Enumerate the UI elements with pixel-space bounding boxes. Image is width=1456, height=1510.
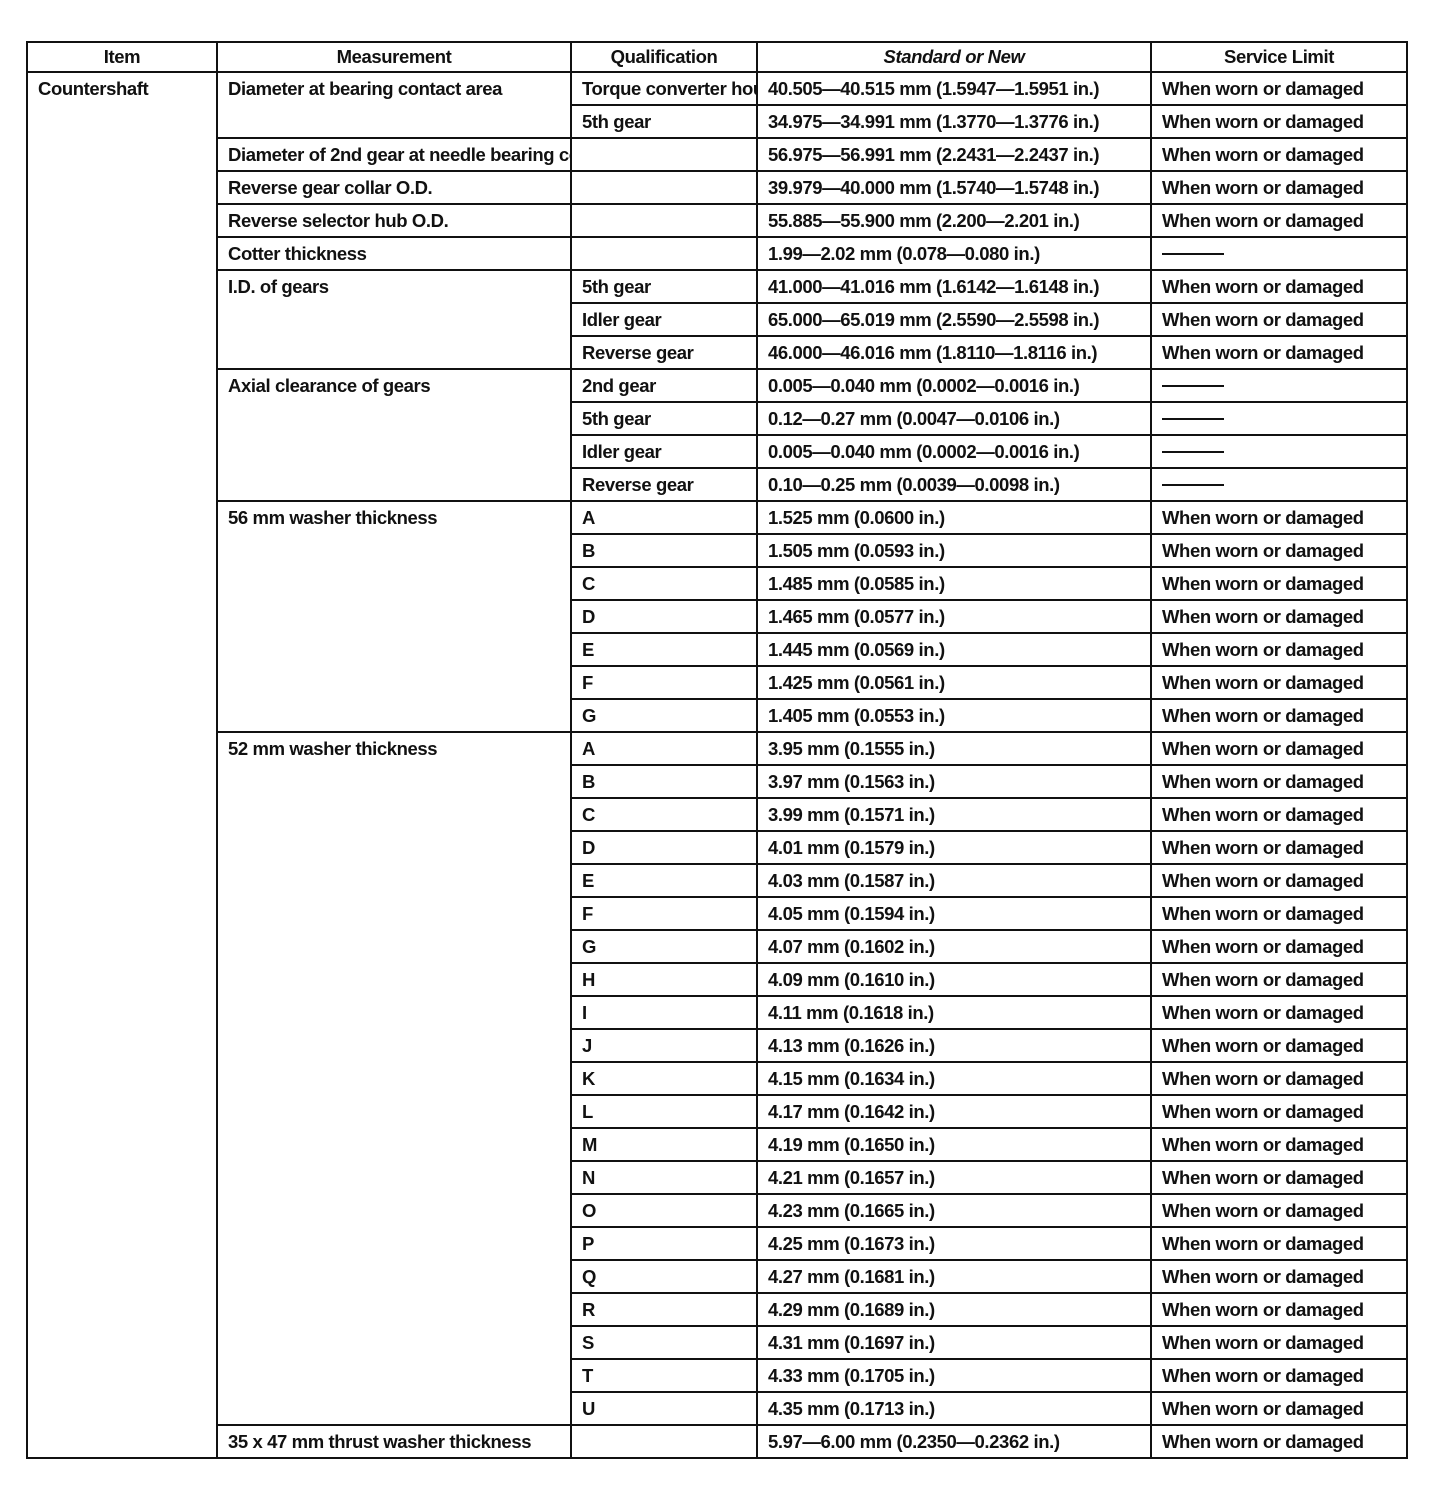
standard-cell: 1.485 mm (0.0585 in.) xyxy=(757,567,1151,600)
qualification-cell xyxy=(571,1425,757,1458)
table-body: CountershaftDiameter at bearing contact … xyxy=(27,72,1407,1458)
standard-cell: 0.10—0.25 mm (0.0039—0.0098 in.) xyxy=(757,468,1151,501)
no-limit-dash xyxy=(1162,451,1224,453)
standard-cell: 4.31 mm (0.1697 in.) xyxy=(757,1326,1151,1359)
spec-page: Item Measurement Qualification Standard … xyxy=(26,41,1406,1459)
qualification-cell: P xyxy=(571,1227,757,1260)
service-limit-cell: When worn or damaged xyxy=(1151,930,1407,963)
standard-cell: 4.17 mm (0.1642 in.) xyxy=(757,1095,1151,1128)
standard-cell: 0.005—0.040 mm (0.0002—0.0016 in.) xyxy=(757,435,1151,468)
service-limit-cell: When worn or damaged xyxy=(1151,831,1407,864)
header-measurement: Measurement xyxy=(217,42,571,72)
table-row: CountershaftDiameter at bearing contact … xyxy=(27,72,1407,105)
standard-cell: 4.03 mm (0.1587 in.) xyxy=(757,864,1151,897)
service-limit-cell: When worn or damaged xyxy=(1151,1326,1407,1359)
qualification-cell: T xyxy=(571,1359,757,1392)
service-limit-cell: When worn or damaged xyxy=(1151,303,1407,336)
measurement-cell: 35 x 47 mm thrust washer thickness xyxy=(217,1425,571,1458)
standard-cell: 4.05 mm (0.1594 in.) xyxy=(757,897,1151,930)
standard-cell: 4.33 mm (0.1705 in.) xyxy=(757,1359,1151,1392)
standard-cell: 4.27 mm (0.1681 in.) xyxy=(757,1260,1151,1293)
standard-cell: 4.35 mm (0.1713 in.) xyxy=(757,1392,1151,1425)
qualification-cell: K xyxy=(571,1062,757,1095)
service-limit-cell: When worn or damaged xyxy=(1151,996,1407,1029)
standard-cell: 1.525 mm (0.0600 in.) xyxy=(757,501,1151,534)
measurement-cell: 52 mm washer thickness xyxy=(217,732,571,1425)
qualification-cell: S xyxy=(571,1326,757,1359)
service-limit-cell: When worn or damaged xyxy=(1151,798,1407,831)
service-limit-cell: When worn or damaged xyxy=(1151,897,1407,930)
service-limit-cell: When worn or damaged xyxy=(1151,666,1407,699)
table-row: Reverse selector hub O.D.55.885—55.900 m… xyxy=(27,204,1407,237)
service-limit-cell: When worn or damaged xyxy=(1151,336,1407,369)
service-limit-cell: When worn or damaged xyxy=(1151,633,1407,666)
qualification-cell: Idler gear xyxy=(571,435,757,468)
measurement-cell: Diameter of 2nd gear at needle bearing c… xyxy=(217,138,571,171)
qualification-cell: I xyxy=(571,996,757,1029)
service-limit-cell: When worn or damaged xyxy=(1151,1293,1407,1326)
qualification-cell: H xyxy=(571,963,757,996)
standard-cell: 1.505 mm (0.0593 in.) xyxy=(757,534,1151,567)
qualification-cell xyxy=(571,204,757,237)
measurement-cell: Diameter at bearing contact area xyxy=(217,72,571,138)
qualification-cell: B xyxy=(571,765,757,798)
standard-cell: 39.979—40.000 mm (1.5740—1.5748 in.) xyxy=(757,171,1151,204)
qualification-cell: G xyxy=(571,699,757,732)
qualification-cell: C xyxy=(571,567,757,600)
service-limit-cell: When worn or damaged xyxy=(1151,1227,1407,1260)
service-limit-cell: When worn or damaged xyxy=(1151,138,1407,171)
measurement-cell: 56 mm washer thickness xyxy=(217,501,571,732)
standard-cell: 4.29 mm (0.1689 in.) xyxy=(757,1293,1151,1326)
standard-cell: 4.25 mm (0.1673 in.) xyxy=(757,1227,1151,1260)
qualification-cell: 5th gear xyxy=(571,105,757,138)
standard-cell: 65.000—65.019 mm (2.5590—2.5598 in.) xyxy=(757,303,1151,336)
standard-cell: 4.15 mm (0.1634 in.) xyxy=(757,1062,1151,1095)
header-qualification: Qualification xyxy=(571,42,757,72)
header-item: Item xyxy=(27,42,217,72)
item-cell: Countershaft xyxy=(27,72,217,1458)
qualification-cell: Idler gear xyxy=(571,303,757,336)
service-limit-cell: When worn or damaged xyxy=(1151,963,1407,996)
header-standard: Standard or New xyxy=(757,42,1151,72)
service-limit-cell: When worn or damaged xyxy=(1151,204,1407,237)
service-limit-cell: When worn or damaged xyxy=(1151,1425,1407,1458)
table-row: 52 mm washer thicknessA3.95 mm (0.1555 i… xyxy=(27,732,1407,765)
measurement-cell: Reverse selector hub O.D. xyxy=(217,204,571,237)
service-limit-cell: When worn or damaged xyxy=(1151,501,1407,534)
measurement-cell: Cotter thickness xyxy=(217,237,571,270)
service-limit-cell: When worn or damaged xyxy=(1151,1392,1407,1425)
qualification-cell: Reverse gear xyxy=(571,336,757,369)
header-row: Item Measurement Qualification Standard … xyxy=(27,42,1407,72)
qualification-cell: L xyxy=(571,1095,757,1128)
qualification-cell: E xyxy=(571,864,757,897)
qualification-cell: A xyxy=(571,732,757,765)
table-row: Axial clearance of gears2nd gear0.005—0.… xyxy=(27,369,1407,402)
service-limit-cell: When worn or damaged xyxy=(1151,1029,1407,1062)
qualification-cell: O xyxy=(571,1194,757,1227)
qualification-cell: Reverse gear xyxy=(571,468,757,501)
qualification-cell: D xyxy=(571,831,757,864)
service-limit-cell: When worn or damaged xyxy=(1151,534,1407,567)
table-row: Cotter thickness1.99—2.02 mm (0.078—0.08… xyxy=(27,237,1407,270)
header-service-limit: Service Limit xyxy=(1151,42,1407,72)
standard-cell: 0.12—0.27 mm (0.0047—0.0106 in.) xyxy=(757,402,1151,435)
standard-cell: 4.07 mm (0.1602 in.) xyxy=(757,930,1151,963)
qualification-cell: J xyxy=(571,1029,757,1062)
standard-cell: 4.23 mm (0.1665 in.) xyxy=(757,1194,1151,1227)
no-limit-dash xyxy=(1162,385,1224,387)
qualification-cell: 5th gear xyxy=(571,270,757,303)
service-limit-cell: When worn or damaged xyxy=(1151,1095,1407,1128)
table-row: 35 x 47 mm thrust washer thickness5.97—6… xyxy=(27,1425,1407,1458)
no-limit-dash xyxy=(1162,253,1224,255)
standard-cell: 0.005—0.040 mm (0.0002—0.0016 in.) xyxy=(757,369,1151,402)
qualification-cell: M xyxy=(571,1128,757,1161)
no-limit-dash xyxy=(1162,484,1224,486)
qualification-cell: E xyxy=(571,633,757,666)
qualification-cell: Q xyxy=(571,1260,757,1293)
service-limit-cell: When worn or damaged xyxy=(1151,1359,1407,1392)
standard-cell: 1.405 mm (0.0553 in.) xyxy=(757,699,1151,732)
qualification-cell: F xyxy=(571,897,757,930)
service-limit-cell: When worn or damaged xyxy=(1151,699,1407,732)
standard-cell: 41.000—41.016 mm (1.6142—1.6148 in.) xyxy=(757,270,1151,303)
qualification-cell: U xyxy=(571,1392,757,1425)
standard-cell: 40.505—40.515 mm (1.5947—1.5951 in.) xyxy=(757,72,1151,105)
standard-cell: 4.13 mm (0.1626 in.) xyxy=(757,1029,1151,1062)
standard-cell: 1.465 mm (0.0577 in.) xyxy=(757,600,1151,633)
standard-cell: 56.975—56.991 mm (2.2431—2.2437 in.) xyxy=(757,138,1151,171)
service-limit-cell: When worn or damaged xyxy=(1151,765,1407,798)
table-row: Reverse gear collar O.D.39.979—40.000 mm… xyxy=(27,171,1407,204)
qualification-cell: 5th gear xyxy=(571,402,757,435)
qualification-cell: A xyxy=(571,501,757,534)
measurement-cell: Axial clearance of gears xyxy=(217,369,571,501)
service-limit-cell: When worn or damaged xyxy=(1151,72,1407,105)
qualification-cell: 2nd gear xyxy=(571,369,757,402)
service-limit-cell: When worn or damaged xyxy=(1151,600,1407,633)
service-limit-cell: When worn or damaged xyxy=(1151,270,1407,303)
service-limit-cell xyxy=(1151,435,1407,468)
standard-cell: 55.885—55.900 mm (2.200—2.201 in.) xyxy=(757,204,1151,237)
table-row: I.D. of gears5th gear41.000—41.016 mm (1… xyxy=(27,270,1407,303)
qualification-cell: F xyxy=(571,666,757,699)
service-limit-cell: When worn or damaged xyxy=(1151,1128,1407,1161)
standard-cell: 46.000—46.016 mm (1.8110—1.8116 in.) xyxy=(757,336,1151,369)
service-limit-cell xyxy=(1151,237,1407,270)
no-limit-dash xyxy=(1162,418,1224,420)
countershaft-spec-table: Item Measurement Qualification Standard … xyxy=(26,41,1408,1459)
standard-cell: 1.99—2.02 mm (0.078—0.080 in.) xyxy=(757,237,1151,270)
service-limit-cell: When worn or damaged xyxy=(1151,864,1407,897)
service-limit-cell: When worn or damaged xyxy=(1151,1062,1407,1095)
standard-cell: 4.21 mm (0.1657 in.) xyxy=(757,1161,1151,1194)
qualification-cell xyxy=(571,171,757,204)
service-limit-cell xyxy=(1151,402,1407,435)
standard-cell: 3.95 mm (0.1555 in.) xyxy=(757,732,1151,765)
standard-cell: 4.09 mm (0.1610 in.) xyxy=(757,963,1151,996)
standard-cell: 3.99 mm (0.1571 in.) xyxy=(757,798,1151,831)
qualification-cell xyxy=(571,138,757,171)
qualification-cell: C xyxy=(571,798,757,831)
measurement-cell: I.D. of gears xyxy=(217,270,571,369)
qualification-cell xyxy=(571,237,757,270)
standard-cell: 5.97—6.00 mm (0.2350—0.2362 in.) xyxy=(757,1425,1151,1458)
standard-cell: 3.97 mm (0.1563 in.) xyxy=(757,765,1151,798)
service-limit-cell: When worn or damaged xyxy=(1151,1161,1407,1194)
qualification-cell: B xyxy=(571,534,757,567)
service-limit-cell: When worn or damaged xyxy=(1151,732,1407,765)
qualification-cell: N xyxy=(571,1161,757,1194)
standard-cell: 1.445 mm (0.0569 in.) xyxy=(757,633,1151,666)
service-limit-cell xyxy=(1151,369,1407,402)
service-limit-cell: When worn or damaged xyxy=(1151,105,1407,138)
standard-cell: 4.01 mm (0.1579 in.) xyxy=(757,831,1151,864)
service-limit-cell: When worn or damaged xyxy=(1151,1260,1407,1293)
standard-cell: 34.975—34.991 mm (1.3770—1.3776 in.) xyxy=(757,105,1151,138)
standard-cell: 1.425 mm (0.0561 in.) xyxy=(757,666,1151,699)
qualification-cell: D xyxy=(571,600,757,633)
qualification-cell: G xyxy=(571,930,757,963)
table-row: Diameter of 2nd gear at needle bearing c… xyxy=(27,138,1407,171)
qualification-cell: R xyxy=(571,1293,757,1326)
service-limit-cell: When worn or damaged xyxy=(1151,171,1407,204)
service-limit-cell xyxy=(1151,468,1407,501)
table-row: 56 mm washer thicknessA1.525 mm (0.0600 … xyxy=(27,501,1407,534)
standard-cell: 4.19 mm (0.1650 in.) xyxy=(757,1128,1151,1161)
qualification-cell: Torque converter housing bearing xyxy=(571,72,757,105)
standard-cell: 4.11 mm (0.1618 in.) xyxy=(757,996,1151,1029)
service-limit-cell: When worn or damaged xyxy=(1151,567,1407,600)
measurement-cell: Reverse gear collar O.D. xyxy=(217,171,571,204)
service-limit-cell: When worn or damaged xyxy=(1151,1194,1407,1227)
